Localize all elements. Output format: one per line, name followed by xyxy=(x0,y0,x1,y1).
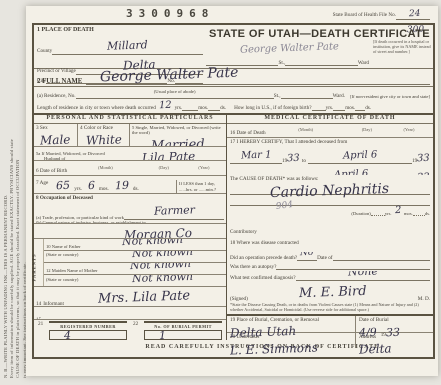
age-months: 6 xyxy=(88,180,95,191)
medical-column: MEDICAL CERTIFICATE OF DEATH 16 Date of … xyxy=(227,115,433,340)
burial-row: 19 Place of Burial, Cremation, or Remova… xyxy=(227,316,433,333)
burial-date-value: 4/9 xyxy=(359,326,377,338)
us-ds: ds. xyxy=(365,105,371,111)
age-days: 19 xyxy=(115,180,129,191)
duration-months-value: 2 xyxy=(394,206,401,216)
day-note: (Day) xyxy=(159,165,169,170)
parents-block: PARENTS 10 Name of Father Not known 11 B… xyxy=(34,239,226,287)
abode-note: (Usual place of abode) xyxy=(154,89,196,94)
date-of-death-row: 16 Date of Death April(Month) 6(Day) 193… xyxy=(227,124,433,138)
birthplace-label: 9 Birthplace (City or town) xyxy=(36,238,92,239)
dob-label: 6 Date of Birth xyxy=(36,168,67,174)
to-year: 33 xyxy=(417,154,430,164)
dod-label: 16 Date of Death xyxy=(230,130,266,136)
parents-label: PARENTS xyxy=(32,253,37,281)
undertaker-address-value: Delta xyxy=(359,342,392,355)
mother-name-value: Not known xyxy=(130,263,191,271)
operation-value: No xyxy=(300,252,314,258)
undertaker-value: L. E. Simmons xyxy=(230,341,318,356)
personal-column: PERSONAL AND STATISTICAL PARTICULARS 3 S… xyxy=(34,115,227,340)
burial-date-label: Date of Burial xyxy=(359,317,430,323)
age-label: 7 Age xyxy=(36,180,48,186)
length-ds: ds. xyxy=(220,105,226,111)
test-value: None xyxy=(348,271,378,278)
operation-row: Did an operation precede death? No Date … xyxy=(227,252,433,262)
burial-year: 33 xyxy=(386,326,400,337)
spouse-row: 5a If Married, Widowed, or Divorced Husb… xyxy=(34,147,226,161)
number-boxes-row: 21 REGISTERED NUMBER 4 22 No. OF BURIAL … xyxy=(34,320,226,340)
autopsy-row: Was there an autopsy? xyxy=(227,262,433,271)
medical-header: MEDICAL CERTIFICATE OF DEATH xyxy=(227,115,433,124)
marital-value: Married xyxy=(151,138,205,147)
physician-signature: M. E. Bird xyxy=(299,285,367,300)
burial-permit-label: No. OF BURIAL PERMIT xyxy=(144,321,222,329)
age-mos-label: mos. xyxy=(99,186,109,192)
sex-race-marital-row: 3 Sex Male 4 Color or Race White 5 Singl… xyxy=(34,124,226,147)
registered-number-box: 4 xyxy=(49,330,127,340)
informant-row: 14 Informant Mrs. Lila Pate Address Delt… xyxy=(34,287,226,307)
father-birthplace-note: (State or country) xyxy=(46,252,78,257)
birthplace-row: 9 Birthplace (City or town) Morgan Co (S… xyxy=(34,224,226,239)
parents-side-label: PARENTS xyxy=(34,239,44,286)
birthplace-value: Morgan Co xyxy=(124,227,192,239)
burial-place-value: Delta Utah xyxy=(230,325,297,339)
st-label: St., xyxy=(278,60,285,66)
permit-box-number: 22 xyxy=(133,321,138,327)
us-mos: mos. xyxy=(345,105,355,111)
duration-mos: mos. xyxy=(404,211,413,216)
length-mos: mos. xyxy=(198,105,208,111)
residence-ward-label: Ward. xyxy=(333,93,345,99)
place-of-death-block: 1 PLACE OF DEATH County Millard Precinct… xyxy=(34,25,206,68)
burial-label: 19 Place of Burial, Cremation, or Remova… xyxy=(230,317,352,323)
certificate-number-stamp: 3300968 xyxy=(126,7,214,20)
file-number-value: 24 xyxy=(409,10,421,19)
burial-permit-box: 1 xyxy=(144,330,222,340)
duration-label: (Duration) xyxy=(351,211,370,216)
residence-st-label: St., xyxy=(274,93,281,99)
certify-row: 17 I HEREBY CERTIFY, That I attended dec… xyxy=(227,138,433,175)
dod-year-note: (Year) xyxy=(403,127,414,132)
certificate-paper: 3300968 State Board of Health File No.24… xyxy=(26,6,438,376)
age-ds-label: ds. xyxy=(133,186,139,192)
decedent-name-script: George Walter Pate xyxy=(240,42,339,55)
age-less-note: If LESS than 1 day, ......hrs. or ......… xyxy=(176,180,226,193)
father-name-value: Not known xyxy=(122,239,183,247)
year-note: (Year) xyxy=(198,165,209,170)
title-block: STATE OF UTAH—DEATH CERTIFICATE George W… xyxy=(206,25,433,68)
length-yrs: yrs. xyxy=(175,105,183,111)
personal-header: PERSONAL AND STATISTICAL PARTICULARS xyxy=(34,115,226,124)
date-of-birth-row: 6 Date of Birth Sept(Month) 14(Day) 1867… xyxy=(34,161,226,176)
ward-label: Ward xyxy=(358,60,369,66)
reg-box-number: 21 xyxy=(38,321,43,327)
burial-permit-value: 1 xyxy=(159,329,166,340)
us-yrs: yrs. xyxy=(326,105,334,111)
sex-value: Male xyxy=(40,134,71,147)
length-label: Length of residence in city or town wher… xyxy=(37,105,156,111)
race-value: White xyxy=(85,134,121,147)
signed-label: (Signed) xyxy=(230,296,248,301)
cause-of-death-row: The CAUSE OF DEATH* was as follows: Card… xyxy=(227,175,433,219)
mother-birthplace-value: Not known xyxy=(132,275,193,284)
left-margin-note: N. B.—WRITE PLAINLY WITH UNFADING INK—TH… xyxy=(3,12,28,378)
spouse-value: Lila Pate xyxy=(142,150,196,161)
filed-row: 15Filed Apr 7 1933 Florence A. Pace Regi… xyxy=(34,307,226,320)
place-of-death-label: 1 PLACE OF DEATH xyxy=(37,27,203,35)
registered-number-value: 4 xyxy=(64,329,71,340)
mother-birthplace-note: (State or country) xyxy=(46,277,78,282)
informant-value: Mrs. Lila Pate xyxy=(98,289,191,305)
contributory-label: Contributory xyxy=(230,229,257,235)
residence-row: (a) Residence, No. (Usual place of abode… xyxy=(34,87,433,100)
occupation-row: 8 Occupation of Deceased (a) Trade, prof… xyxy=(34,194,226,224)
autopsy-label: Was there an autopsy? xyxy=(230,264,276,270)
precinct-label: Precinct or Village xyxy=(37,68,76,74)
duration-ds: ds. xyxy=(425,211,430,216)
marital-label: 5 Single, Married, Widowed, or Divorced … xyxy=(132,125,224,136)
age-yrs-label: yrs. xyxy=(74,186,82,192)
residence-label: (a) Residence, No. xyxy=(37,93,76,99)
hospital-note: [If death occurred in a hospital or inst… xyxy=(373,39,431,54)
dod-day-note: (Day) xyxy=(362,127,372,132)
dod-month-note: (Month) xyxy=(298,127,313,132)
certificate-form: 1 PLACE OF DEATH County Millard Precinct… xyxy=(32,23,435,359)
test-label: What test confirmed diagnosis? xyxy=(230,275,296,281)
attended-from: Mar 1 xyxy=(241,151,272,162)
county-value: Millard xyxy=(107,39,148,51)
registered-number-label: REGISTERED NUMBER xyxy=(49,321,127,329)
cause-footnote: *State the Disease Causing Death, or in … xyxy=(227,301,433,316)
from-year: 33 xyxy=(287,154,300,164)
operation-label: Did an operation precede death? xyxy=(230,255,297,261)
header-band: 1 PLACE OF DEATH County Millard Precinct… xyxy=(34,25,433,69)
filed-number: 15 xyxy=(36,317,41,320)
month-note: (Month) xyxy=(98,165,113,170)
duration-yrs: yrs. xyxy=(385,211,392,216)
test-row: What test confirmed diagnosis? None xyxy=(227,271,433,282)
age-years: 65 xyxy=(56,180,70,191)
mother-name-label: 12 Maiden Name of Mother xyxy=(46,268,98,273)
attended-to: April 6 xyxy=(343,151,378,162)
death-certificate-scan: N. B.—WRITE PLAINLY WITH UNFADING INK—TH… xyxy=(0,0,441,385)
father-name-label: 10 Name of Father xyxy=(46,244,81,249)
father-birthplace-value: Not known xyxy=(132,251,193,259)
occupation-a-value: Farmer xyxy=(153,205,194,217)
age-row: 7 Age 65 yrs. 6 mos. 19 ds. If LESS than… xyxy=(34,176,226,194)
operation-date-label: Date of xyxy=(317,255,332,261)
md-label: M. D. xyxy=(418,296,430,301)
contracted-row: 18 Where was disease contracted If not a… xyxy=(227,239,433,252)
nonresident-note: [If non-resident give city or town and s… xyxy=(350,94,430,99)
us-length-label: How long in U.S., if of foreign birth? xyxy=(234,105,312,111)
length-value: 12 xyxy=(159,101,172,111)
signature-row: (Signed) M. E. Bird M. D. 4-7- 1933 (Add… xyxy=(227,282,433,301)
columns: PERSONAL AND STATISTICAL PARTICULARS 3 S… xyxy=(34,115,433,340)
file-number-label: State Board of Health File No. xyxy=(333,12,396,18)
contributory-row: Contributory(Secondary) None (Duration).… xyxy=(227,219,433,239)
length-of-residence-row: Length of residence in city or town wher… xyxy=(34,100,433,115)
county-label: County xyxy=(37,48,52,54)
